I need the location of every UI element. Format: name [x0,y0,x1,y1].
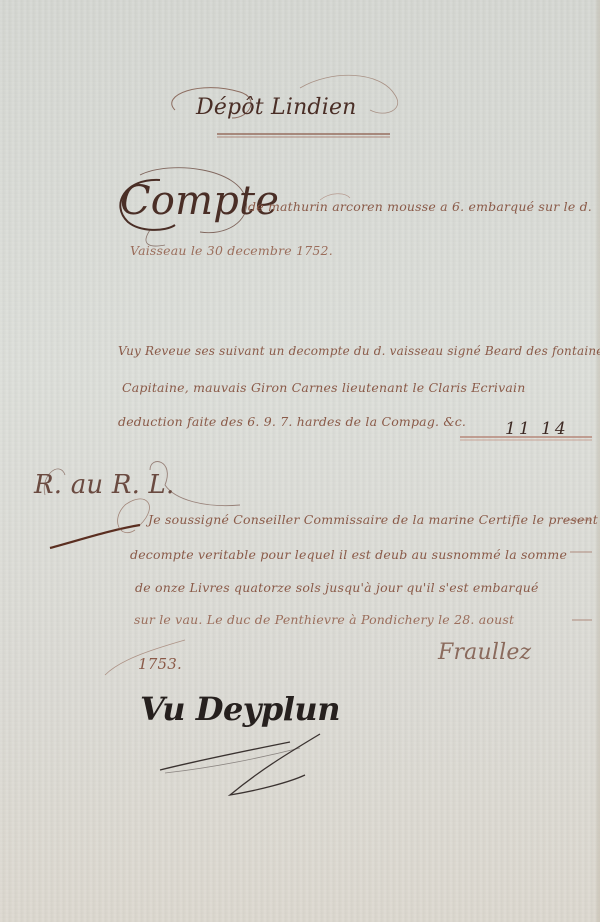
paragraph-2-line-4: sur le vau. Le duc de Penthievre à Pondi… [134,612,514,627]
title-line-2: Vaisseau le 30 decembre 1752. [130,243,333,258]
margin-note: R. au R. L. [34,470,174,500]
title-line-1: de mathurin arcoren mousse a 6. embarqué… [248,199,592,214]
paragraph-2-year: 1753. [138,655,182,673]
signature-commissaire: Fraullez [438,640,531,665]
amount-value: 11 14 [505,419,569,439]
paper-edge [594,0,600,922]
signature-main: Vu Deyplun [140,690,340,728]
paragraph-2-line-1: Je soussigné Conseiller Commissaire de l… [148,512,598,527]
paragraph-2-line-3: de onze Livres quatorze sols jusqu'à jou… [135,580,539,595]
paragraph-1-line-1: Vuy Reveue ses suivant un decompte du d.… [118,344,600,358]
paragraph-2-line-2: decompte veritable pour lequel il est de… [130,547,567,562]
manuscript-paper [0,0,600,922]
document-heading: Dépôt Lindien [196,95,357,120]
paragraph-1-line-2: Capitaine, mauvais Giron Carnes lieutena… [122,380,526,395]
paragraph-1-line-3: deduction faite des 6. 9. 7. hardes de l… [118,414,466,429]
